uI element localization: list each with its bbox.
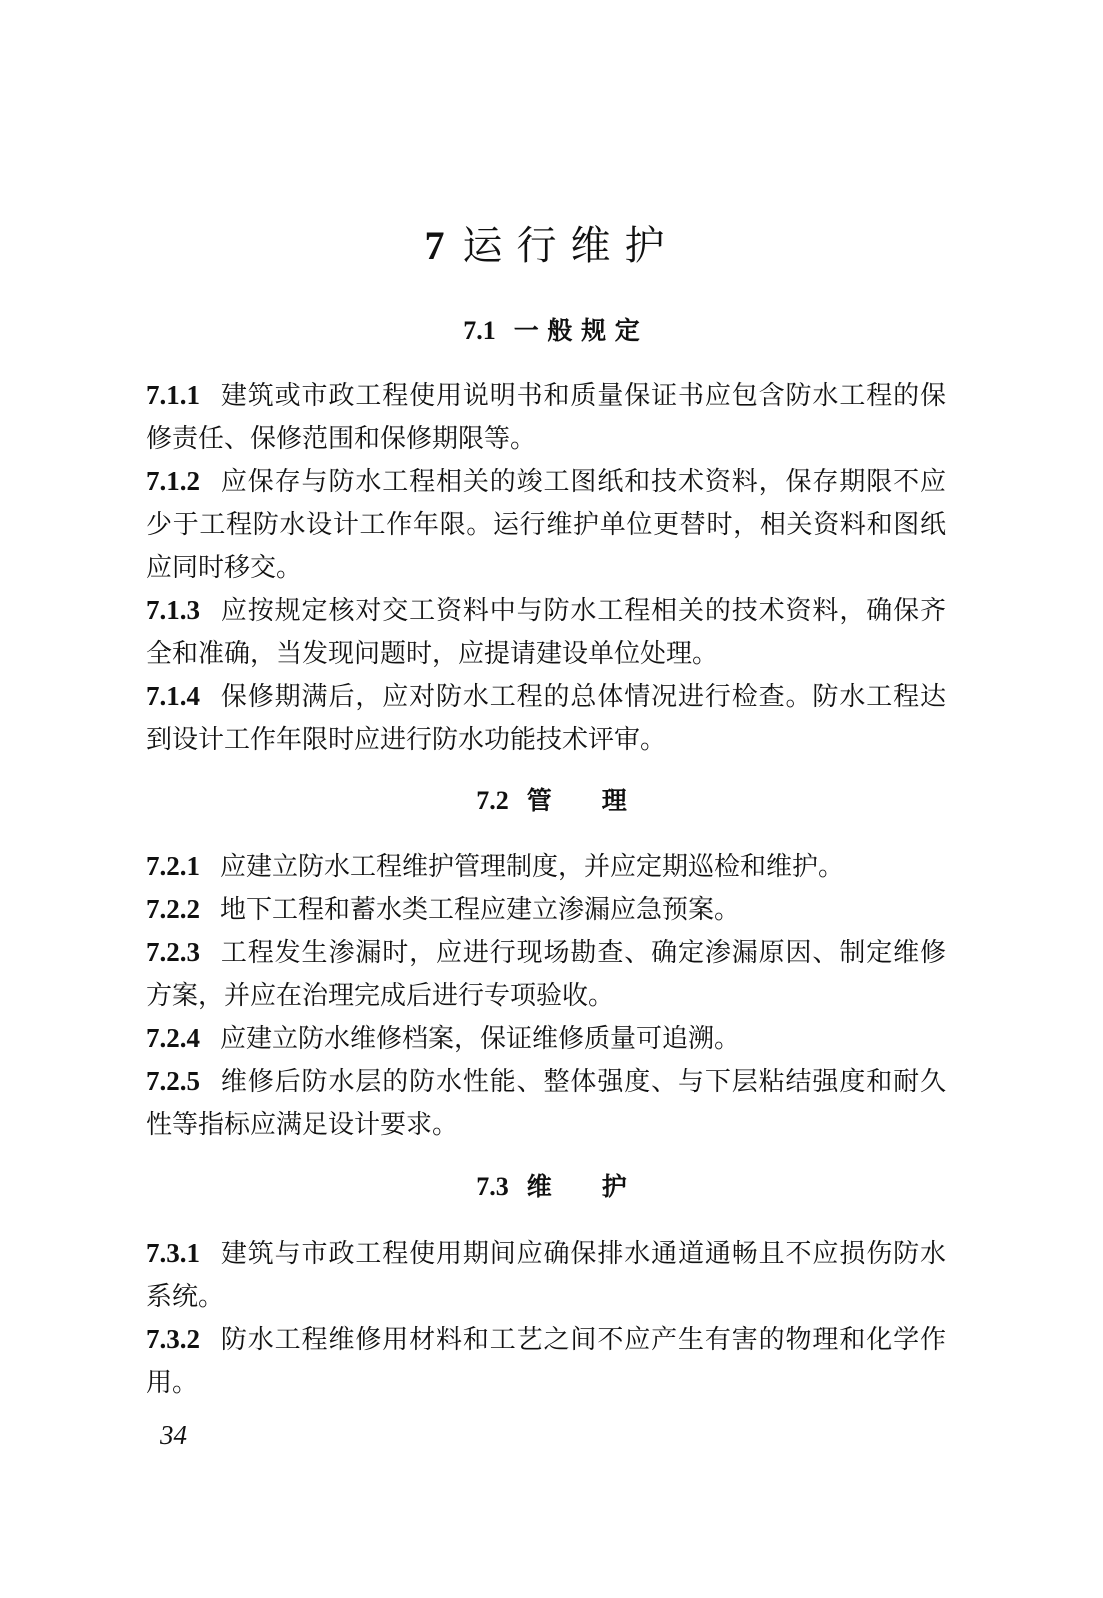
- clause-7-1-2: 7.1.2应保存与防水工程相关的竣工图纸和技术资料，保存期限不应少于工程防水设计…: [146, 460, 946, 590]
- clause-number: 7.3.2: [146, 1324, 200, 1354]
- clause-text: 建筑与市政工程使用期间应确保排水通道通畅且不应损伤防水系统。: [146, 1239, 946, 1312]
- clause-text: 地下工程和蓄水类工程应建立渗漏应急预案。: [220, 895, 740, 925]
- clause-number: 7.2.3: [146, 937, 200, 967]
- clause-7-2-1: 7.2.1应建立防水工程维护管理制度，并应定期巡检和维护。: [146, 845, 946, 889]
- clause-text: 工程发生渗漏时，应进行现场勘查、确定渗漏原因、制定维修方案，并应在治理完成后进行…: [146, 938, 946, 1011]
- clause-7-2-4: 7.2.4应建立防水维修档案，保证维修质量可追溯。: [146, 1017, 946, 1061]
- chapter-number: 7: [425, 223, 445, 268]
- clause-text: 建筑或市政工程使用说明书和质量保证书应包含防水工程的保修责任、保修范围和保修期限…: [146, 381, 946, 454]
- clause-7-1-1: 7.1.1建筑或市政工程使用说明书和质量保证书应包含防水工程的保修责任、保修范围…: [146, 374, 946, 461]
- clause-text: 应建立防水维修档案，保证维修质量可追溯。: [220, 1024, 740, 1054]
- clause-7-1-4: 7.1.4保修期满后，应对防水工程的总体情况进行检查。防水工程达到设计工作年限时…: [146, 675, 946, 762]
- clause-text: 应建立防水工程维护管理制度，并应定期巡检和维护。: [220, 852, 844, 882]
- clause-number: 7.2.4: [146, 1023, 200, 1053]
- clause-number: 7.2.1: [146, 851, 200, 881]
- page-number: 34: [160, 1420, 187, 1451]
- clause-text: 应保存与防水工程相关的竣工图纸和技术资料，保存期限不应少于工程防水设计工作年限。…: [146, 467, 946, 583]
- chapter-title-text: 运行维护: [463, 223, 679, 269]
- clause-number: 7.3.1: [146, 1238, 200, 1268]
- clause-7-3-2: 7.3.2防水工程维修用材料和工艺之间不应产生有害的物理和化学作用。: [146, 1318, 946, 1405]
- clause-7-3-1: 7.3.1建筑与市政工程使用期间应确保排水通道通畅且不应损伤防水系统。: [146, 1232, 946, 1319]
- clause-7-1-3: 7.1.3应按规定核对交工资料中与防水工程相关的技术资料，确保齐全和准确，当发现…: [146, 589, 946, 676]
- clause-text: 维修后防水层的防水性能、整体强度、与下层粘结强度和耐久性等指标应满足设计要求。: [146, 1067, 946, 1140]
- section-title-7-3: 7.3维 护: [0, 1172, 1103, 1202]
- clause-number: 7.1.2: [146, 466, 200, 496]
- section-number: 7.1: [463, 316, 496, 345]
- clause-text: 防水工程维修用材料和工艺之间不应产生有害的物理和化学作用。: [146, 1325, 946, 1398]
- section-number: 7.3: [476, 1172, 509, 1201]
- section-title-text: 一 般 规 定: [514, 316, 640, 345]
- clause-number: 7.1.3: [146, 595, 200, 625]
- document-page: 7运行维护 7.1一 般 规 定 7.1.1建筑或市政工程使用说明书和质量保证书…: [0, 0, 1103, 1598]
- clause-number: 7.2.2: [146, 894, 200, 924]
- clause-7-2-5: 7.2.5维修后防水层的防水性能、整体强度、与下层粘结强度和耐久性等指标应满足设…: [146, 1060, 946, 1147]
- section-title-text: 管 理: [527, 786, 627, 815]
- clause-number: 7.1.1: [146, 380, 200, 410]
- clause-7-2-2: 7.2.2地下工程和蓄水类工程应建立渗漏应急预案。: [146, 888, 946, 932]
- clause-text: 保修期满后，应对防水工程的总体情况进行检查。防水工程达到设计工作年限时应进行防水…: [146, 682, 946, 755]
- clause-7-2-3: 7.2.3工程发生渗漏时，应进行现场勘查、确定渗漏原因、制定维修方案，并应在治理…: [146, 931, 946, 1018]
- clause-number: 7.1.4: [146, 681, 200, 711]
- section-title-7-1: 7.1一 般 规 定: [0, 316, 1103, 346]
- chapter-title: 7运行维护: [0, 222, 1103, 270]
- section-title-text: 维 护: [527, 1172, 627, 1201]
- section-title-7-2: 7.2管 理: [0, 786, 1103, 816]
- section-number: 7.2: [476, 786, 509, 815]
- clause-text: 应按规定核对交工资料中与防水工程相关的技术资料，确保齐全和准确，当发现问题时，应…: [146, 596, 946, 669]
- clause-number: 7.2.5: [146, 1066, 200, 1096]
